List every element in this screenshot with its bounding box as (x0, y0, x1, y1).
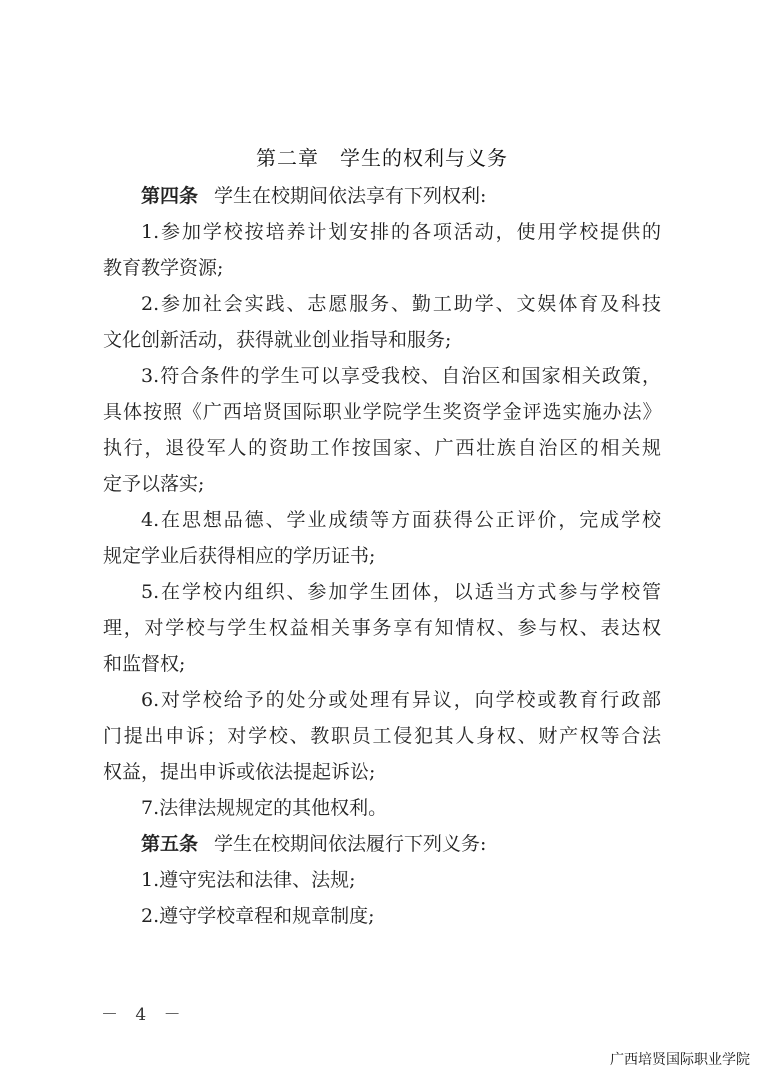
paragraph-line: 文化创新活动，获得就业创业指导和服务; (103, 322, 661, 358)
article-4-label: 第四条 (141, 185, 198, 207)
paragraph-line: 2.参加社会实践、志愿服务、勤工助学、文娱体育及科技 (103, 286, 661, 322)
paragraph-line: 5.在学校内组织、参加学生团体，以适当方式参与学校管 (103, 574, 661, 610)
paragraph-line: 3.符合条件的学生可以享受我校、自治区和国家相关政策， (103, 358, 661, 394)
paragraph-line: 2.遵守学校章程和规章制度; (103, 898, 661, 934)
page-number: － 4 － (101, 1000, 187, 1025)
chapter-title: 第二章 学生的权利与义务 (0, 142, 764, 171)
document-body: 第四条学生在校期间依法享有下列权利: 1.参加学校按培养计划安排的各项活动，使用… (103, 178, 661, 934)
paragraph-line: 规定学业后获得相应的学历证书; (103, 538, 661, 574)
paragraph-line: 门提出申诉；对学校、教职员工侵犯其人身权、财产权等合法 (103, 718, 661, 754)
article-4-intro: 学生在校期间依法享有下列权利: (214, 185, 486, 207)
paragraph-line: 1.遵守宪法和法律、法规; (103, 862, 661, 898)
paragraph-line: 执行，退役军人的资助工作按国家、广西壮族自治区的相关规 (103, 430, 661, 466)
article-5-heading: 第五条学生在校期间依法履行下列义务: (103, 826, 661, 862)
document-page: 第二章 学生的权利与义务 第四条学生在校期间依法享有下列权利: 1.参加学校按培… (0, 0, 764, 1080)
paragraph-line: 理，对学校与学生权益相关事务享有知情权、参与权、表达权 (103, 610, 661, 646)
paragraph-line: 1.参加学校按培养计划安排的各项活动，使用学校提供的 (103, 214, 661, 250)
article-5-intro: 学生在校期间依法履行下列义务: (214, 833, 486, 855)
article-5-label: 第五条 (141, 833, 198, 855)
paragraph-line: 4.在思想品德、学业成绩等方面获得公正评价，完成学校 (103, 502, 661, 538)
paragraph-line: 权益，提出申诉或依法提起诉讼; (103, 754, 661, 790)
paragraph-line: 7.法律法规规定的其他权利。 (103, 790, 661, 826)
paragraph-line: 具体按照《广西培贤国际职业学院学生奖资学金评选实施办法》 (103, 394, 661, 430)
paragraph-line: 6.对学校给予的处分或处理有异议，向学校或教育行政部 (103, 682, 661, 718)
footer-organization: 广西培贤国际职业学院 (610, 1049, 750, 1069)
paragraph-line: 定予以落实; (103, 466, 661, 502)
paragraph-line: 和监督权; (103, 646, 661, 682)
paragraph-line: 教育教学资源; (103, 250, 661, 286)
article-4-heading: 第四条学生在校期间依法享有下列权利: (103, 178, 661, 214)
